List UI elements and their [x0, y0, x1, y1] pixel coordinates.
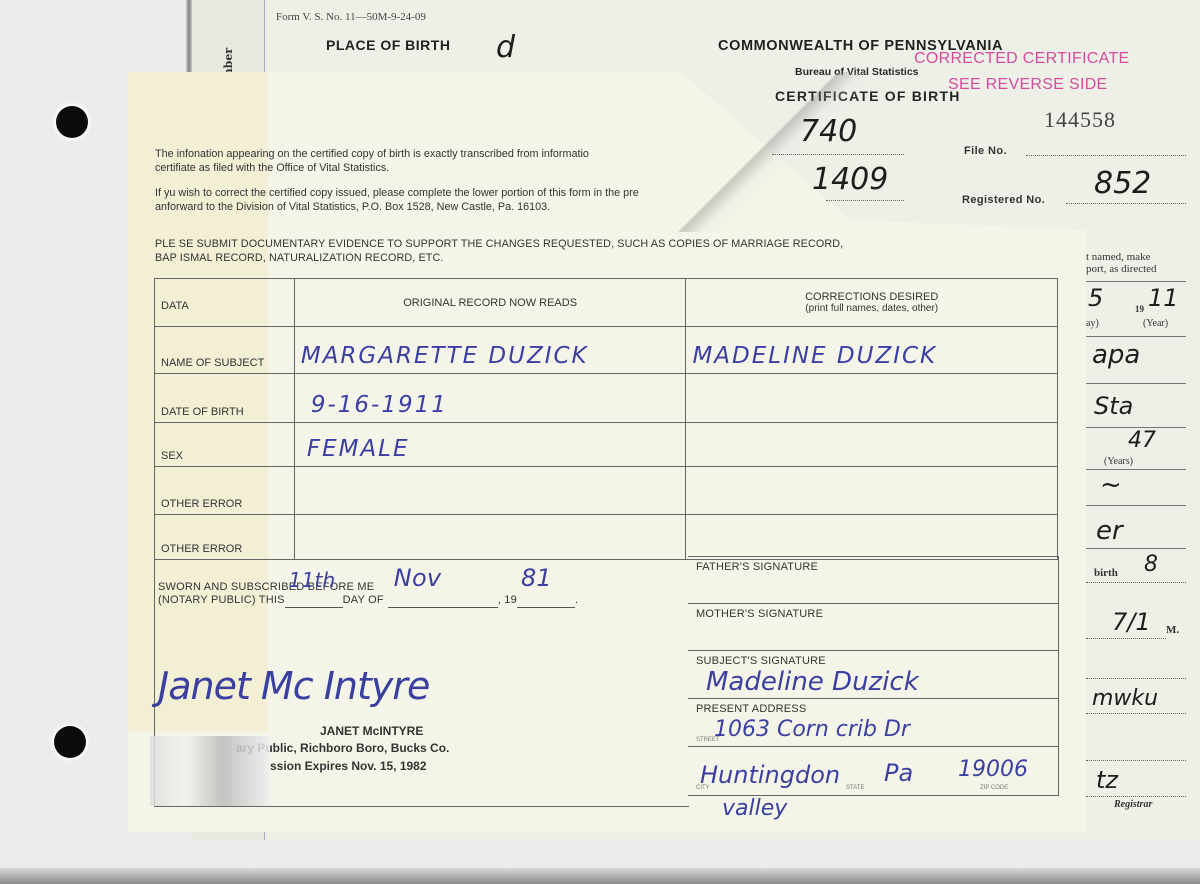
certificate-number: 144558 [1044, 107, 1116, 133]
corrected-stamp-line1: CORRECTED CERTIFICATE [914, 50, 1130, 68]
edge-scrawl-1: ~ [1100, 470, 1122, 500]
place-of-birth-label: PLACE OF BIRTH [326, 37, 450, 53]
intro-para-1-line2: certifiate as filed with the Office of V… [155, 161, 389, 175]
corrected-stamp-line2: SEE REVERSE SIDE [948, 76, 1108, 94]
table-header-row: DATA ORIGINAL RECORD NOW READS CORRECTIO… [155, 279, 1058, 327]
original-sex: FEMALE [301, 436, 410, 462]
table-row: OTHER ERROR [155, 467, 1058, 515]
fold-shadow [655, 72, 865, 232]
edge-date-day: 5 [1088, 284, 1103, 312]
edge-rule [1086, 281, 1186, 282]
sworn-line1: SWORN AND SUBSCRIBED BEFORE ME [158, 581, 578, 594]
number-line-2 [826, 200, 904, 201]
corrections-table: DATA ORIGINAL RECORD NOW READS CORRECTIO… [154, 278, 1058, 560]
city-value: Huntingdon [700, 761, 840, 789]
header-data: DATA [155, 279, 295, 327]
edge-value-3: 47 [1128, 428, 1156, 453]
subject-signature-field[interactable]: SUBJECT'S SIGNATURE Madeline Duzick [688, 650, 1059, 699]
header-original: ORIGINAL RECORD NOW READS [294, 279, 686, 327]
original-value-cell[interactable]: 9-16-1911 [294, 374, 686, 423]
address-street-field[interactable]: PRESENT ADDRESS STREET 1063 Corn crib Dr [688, 698, 1059, 747]
punch-hole-top [56, 106, 88, 138]
scan-edge-shadow [0, 868, 1200, 884]
edge-rule [1086, 582, 1186, 583]
original-value-cell[interactable] [294, 515, 686, 560]
edge-year-label: (Year) [1143, 318, 1168, 329]
file-no-line [1026, 155, 1186, 156]
edge-rule [1086, 678, 1186, 679]
month-value: Nov [394, 572, 441, 585]
header-corrections: CORRECTIONS DESIRED (print full names, d… [686, 279, 1058, 327]
header-corrections-title: CORRECTIONS DESIRED [692, 291, 1051, 303]
zip-label: ZIP CODE [980, 785, 1008, 791]
day-value: 11th [289, 574, 336, 587]
edge-birth-value: 8 [1144, 552, 1158, 577]
city-value-continued: valley [722, 796, 787, 821]
edge-time-suffix: M. [1166, 624, 1179, 636]
edge-rule [1086, 638, 1166, 639]
intro-para-2-line2: anforward to the Division of Vital Stati… [155, 200, 550, 214]
table-row: OTHER ERROR [155, 515, 1058, 560]
notary-commission: ssion Expires Nov. 15, 1982 [270, 759, 427, 773]
zip-value: 19006 [958, 757, 1028, 782]
original-value-cell[interactable]: FEMALE [294, 423, 686, 467]
form-number: Form V. S. No. 11—50M-9-24-09 [276, 11, 426, 23]
edge-rule [1086, 760, 1186, 761]
correction-value-cell[interactable]: MADELINE DUZICK [686, 327, 1058, 374]
edge-rule [1086, 336, 1186, 337]
row-label: OTHER ERROR [155, 515, 295, 560]
year-prefix: , 19 [498, 594, 517, 606]
corrected-name: MADELINE DUZICK [692, 343, 937, 369]
original-value-cell[interactable]: MARGARETTE DUZICK [294, 327, 686, 374]
mother-signature-field[interactable]: MOTHER'S SIGNATURE [688, 603, 1059, 651]
edge-birth-label: birth [1094, 567, 1118, 579]
father-signature-field[interactable]: FATHER'S SIGNATURE [688, 556, 1059, 604]
header-corrections-sub: (print full names, dates, other) [692, 303, 1051, 314]
day-of-label: DAY OF [343, 594, 384, 606]
edge-years-label: (Years) [1104, 456, 1133, 467]
address-city-field[interactable]: CITY Huntingdon STATE Pa ZIP CODE 19006 [688, 746, 1059, 796]
mother-signature-label: MOTHER'S SIGNATURE [696, 608, 823, 620]
registered-no-line [1066, 203, 1186, 204]
handwritten-number-2: 1409 [812, 162, 888, 197]
edge-time-value: 7/1 [1112, 608, 1151, 636]
edge-registrar-label: Registrar [1114, 799, 1152, 810]
original-value-cell[interactable] [294, 467, 686, 515]
edge-value-1: apa [1092, 340, 1140, 370]
edge-rule [1086, 796, 1186, 797]
edge-registrar-scrawl: tz [1096, 766, 1118, 794]
evidence-notice-line2: BAP ISMAL RECORD, NATURALIZATION RECORD,… [155, 251, 443, 265]
notary-signature: Janet Mc Intyre [158, 664, 429, 708]
row-label: OTHER ERROR [155, 467, 295, 515]
original-name: MARGARETTE DUZICK [301, 343, 589, 369]
edge-name-scrawl: mwku [1092, 686, 1158, 711]
edge-instruction-2: port, as directed [1086, 263, 1157, 275]
father-signature-label: FATHER'S SIGNATURE [696, 561, 818, 573]
year-value: 81 [521, 572, 552, 585]
table-row: NAME OF SUBJECT MARGARETTE DUZICK MADELI… [155, 327, 1058, 374]
torn-paper-corner [150, 736, 270, 806]
edge-day-label: ay) [1086, 318, 1099, 329]
year-field[interactable]: 81 [517, 594, 575, 608]
place-of-birth-handwritten: d [496, 30, 515, 65]
correction-value-cell[interactable] [686, 374, 1058, 423]
number-line-1 [772, 154, 904, 155]
edge-rule [1086, 505, 1186, 506]
edge-year-prefix: 19 [1135, 304, 1144, 314]
subject-signature-label: SUBJECT'S SIGNATURE [696, 655, 826, 667]
subject-signature: Madeline Duzick [706, 667, 919, 697]
row-label: DATE OF BIRTH [155, 374, 295, 423]
registered-no-label: Registered No. [962, 194, 1045, 206]
correction-value-cell[interactable] [686, 423, 1058, 467]
registered-no-value: 852 [1094, 166, 1151, 201]
punch-hole-bottom [54, 726, 86, 758]
edge-scrawl-2: er [1096, 516, 1123, 546]
edge-rule [1086, 383, 1186, 384]
evidence-notice-line1: PLE SE SUBMIT DOCUMENTARY EVIDENCE TO SU… [155, 237, 843, 251]
edge-value-2: Sta [1094, 392, 1133, 420]
notary-name: JANET McINTYRE [320, 724, 423, 738]
sworn-statement: SWORN AND SUBSCRIBED BEFORE ME (NOTARY P… [158, 581, 578, 608]
state-value: Pa [884, 759, 913, 787]
sworn-line2-prefix: (NOTARY PUBLIC) THIS [158, 594, 285, 606]
table-row: DATE OF BIRTH 9-16-1911 [155, 374, 1058, 423]
correction-value-cell[interactable] [686, 515, 1058, 560]
table-row: SEX FEMALE [155, 423, 1058, 467]
street-value: 1063 Corn crib Dr [714, 717, 910, 742]
file-no-label: File No. [964, 145, 1007, 157]
edge-rule [1086, 548, 1186, 549]
row-label: NAME OF SUBJECT [155, 327, 295, 374]
intro-para-2-line1: If yu wish to correct the certified copy… [155, 186, 639, 200]
edge-instruction-1: t named, make [1086, 251, 1150, 263]
sworn-line2: (NOTARY PUBLIC) THIS11th DAY OFNov , 198… [158, 594, 578, 608]
present-address-label: PRESENT ADDRESS [696, 703, 806, 715]
intro-para-1-line1: The infonation appearing on the certifie… [155, 147, 589, 161]
handwritten-number-1: 740 [800, 114, 857, 149]
correction-value-cell[interactable] [686, 467, 1058, 515]
edge-rule [1086, 713, 1186, 714]
original-date-of-birth: 9-16-1911 [301, 392, 448, 418]
edge-year: 11 [1148, 284, 1179, 312]
state-label: STATE [846, 785, 864, 791]
day-field[interactable]: 11th [285, 594, 343, 608]
month-field[interactable]: Nov [388, 594, 498, 608]
row-label: SEX [155, 423, 295, 467]
